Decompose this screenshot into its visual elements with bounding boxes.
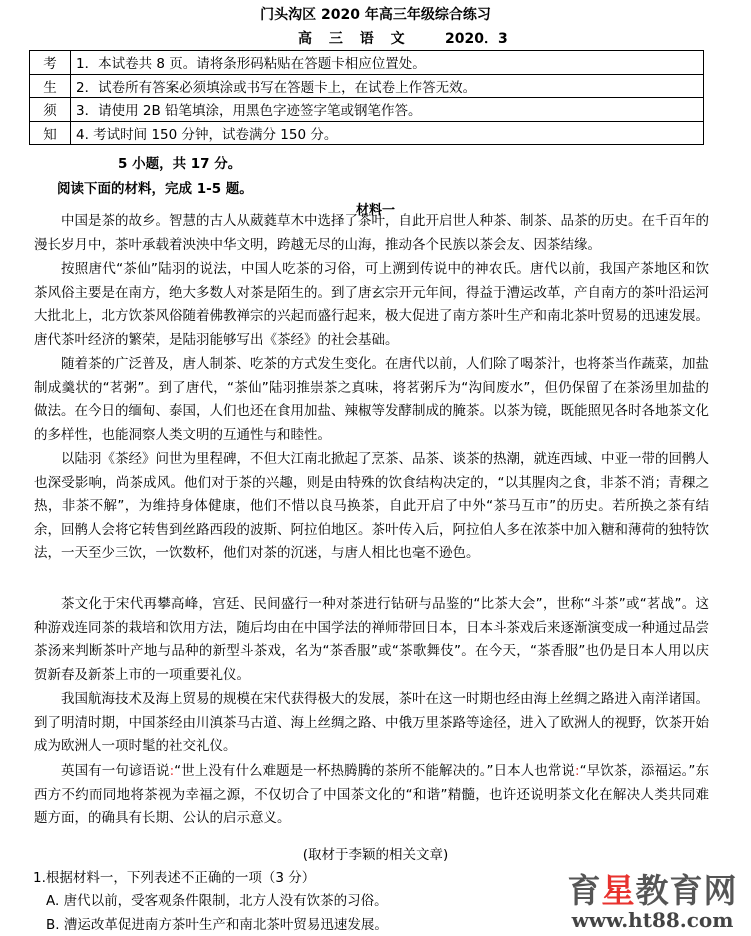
question-1-stem: 1.根据材料一，下列表述不正确的一项（3 分） [33, 866, 315, 886]
section-score-info: 5 小题，共 17 分。 [118, 152, 241, 172]
site-watermark-logo: 育星教育网 www.ht88.com [560, 873, 745, 931]
watermark-char: 教育网 [636, 871, 738, 910]
watermark-accent-char: 星 [602, 871, 636, 910]
notice-row: 生 2．试卷所有答案必须填涂或书写在答题卡上，在试卷上作答无效。 [30, 74, 704, 98]
notice-row: 须 3．请使用 2B 铅笔填涂，用黑色字迹签字笔或钢笔作答。 [30, 98, 704, 122]
paragraph-1: 中国是茶的故乡。智慧的古人从葳蕤草木中选择了茶叶，自此开启世人种茶、制茶、品茶的… [34, 210, 709, 257]
exam-notice-table: 考 1．本试卷共 8 页。请将条形码粘贴在答题卡相应位置处。 生 2．试卷所有答… [29, 50, 704, 145]
paragraph-5: 茶文化于宋代再攀高峰，宫廷、民间盛行一种对茶进行钻研与品鉴的“比茶大会”，世称“… [34, 593, 709, 687]
paragraph-3: 随着茶的广泛普及，唐人制茶、吃茶的方式发生变化。在唐代以前，人们除了喝茶汁，也将… [34, 353, 709, 447]
watermark-url: www.ht88.com [560, 909, 745, 931]
exam-page: 门头沟区 2020 年高三年级综合练习 高 三 语 文 2020．3 考 1．本… [0, 0, 751, 936]
paragraph-2: 按照唐代“茶仙”陆羽的说法，中国人吃茶的习俗，可上溯到传说中的神农氏。唐代以前，… [34, 258, 709, 352]
notice-label-char: 知 [30, 121, 71, 145]
paragraph-7-part2: “世上没有什么难题是一杯热腾腾的茶所不能解决的。”日本人也常说 [174, 763, 575, 779]
notice-row: 考 1．本试卷共 8 页。请将条形码粘贴在答题卡相应位置处。 [30, 51, 704, 75]
notice-label-char: 生 [30, 74, 71, 98]
paragraph-7: 英国有一句谚语说:“世上没有什么难题是一杯热腾腾的茶所不能解决的。”日本人也常说… [34, 760, 709, 831]
exam-date: 2020．3 [445, 28, 508, 48]
notice-item: 4. 考试时间 150 分钟，试卷满分 150 分。 [71, 121, 704, 145]
question-1-option-b: B. 漕运改革促进南方茶叶生产和南北茶叶贸易迅速发展。 [46, 913, 388, 933]
exam-subtitle: 高 三 语 文 2020．3 [0, 28, 751, 48]
notice-item: 1．本试卷共 8 页。请将条形码粘贴在答题卡相应位置处。 [71, 51, 704, 75]
watermark-char: 育 [568, 871, 602, 910]
question-1-option-a: A. 唐代以前，受客观条件限制，北方人没有饮茶的习俗。 [46, 889, 388, 909]
source-citation: (取材于李颖的相关文章) [0, 843, 751, 863]
notice-label-char: 须 [30, 98, 71, 122]
notice-item: 3．请使用 2B 铅笔填涂，用黑色字迹签字笔或钢笔作答。 [71, 98, 704, 122]
subject-label: 高 三 语 文 [298, 28, 411, 48]
notice-item: 2．试卷所有答案必须填涂或书写在答题卡上，在试卷上作答无效。 [71, 74, 704, 98]
paragraph-7-part1: 英国有一句谚语说 [61, 763, 170, 779]
paragraph-4: 以陆羽《茶经》问世为里程碑，不但大江南北掀起了烹茶、品茶、谈茶的热潮，就连西域、… [34, 448, 709, 566]
watermark-cn-text: 育星教育网 [560, 873, 745, 909]
exam-title: 门头沟区 2020 年高三年级综合练习 [0, 4, 751, 24]
paragraph-6: 我国航海技术及海上贸易的规模在宋代获得极大的发展，茶叶在这一时期也经由海上丝绸之… [34, 688, 709, 759]
reading-instruction: 阅读下面的材料，完成 1-5 题。 [57, 177, 253, 197]
notice-row: 知 4. 考试时间 150 分钟，试卷满分 150 分。 [30, 121, 704, 145]
notice-label-char: 考 [30, 51, 71, 75]
